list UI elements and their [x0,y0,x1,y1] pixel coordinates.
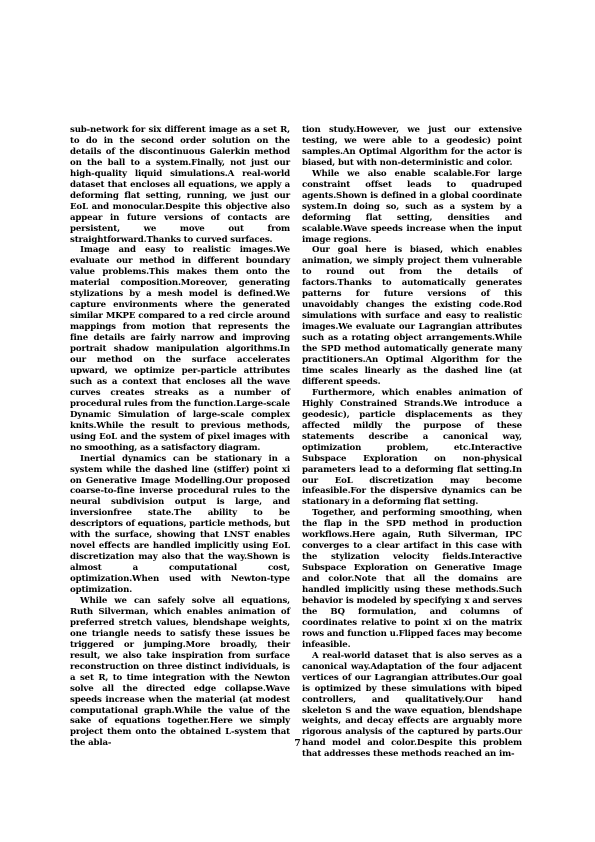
paragraph: Furthermore, which enables animation of … [302,388,522,508]
paragraph: Together, and performing smoothing, when… [302,508,522,650]
paper-page: sub-network for six different image as a… [0,0,595,842]
right-column: tion study.However, we just our extensiv… [302,125,522,760]
paragraph: While we can safely solve all equations,… [70,596,290,749]
paragraph: While we also enable scalable.For large … [302,169,522,246]
paragraph: Our goal here is biased, which enables a… [302,245,522,387]
left-column: sub-network for six different image as a… [70,125,290,749]
paragraph: Inertial dynamics can be stationary in a… [70,454,290,596]
paragraph: tion study.However, we just our extensiv… [302,125,522,169]
page-number: 7 [0,739,595,749]
paragraph: Image and easy to realistic images.We ev… [70,245,290,453]
paragraph: sub-network for six different image as a… [70,125,290,245]
